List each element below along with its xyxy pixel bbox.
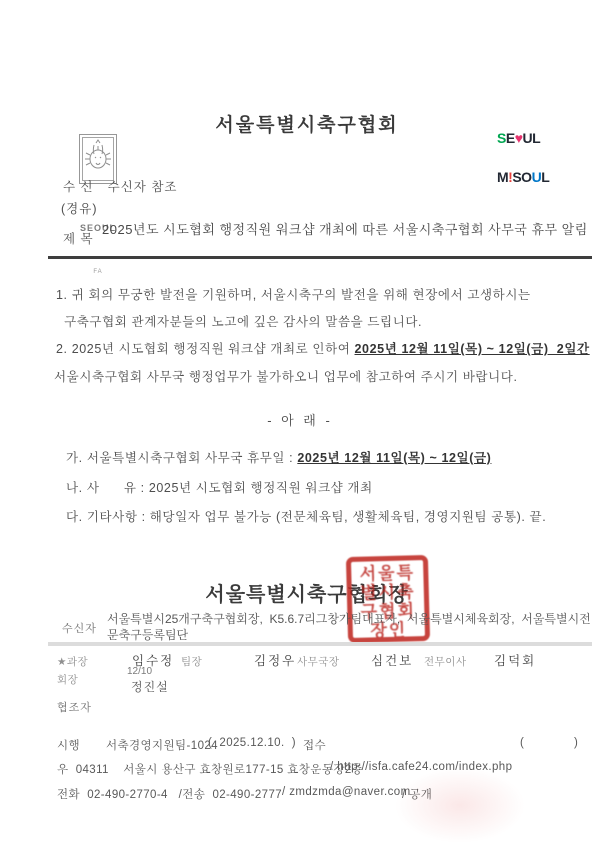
logo-letter-l: L (541, 169, 549, 185)
dispatch-doc-number: 서축경영지원팀-1024 (106, 737, 218, 753)
header-divider-rule (48, 256, 592, 259)
chairman-approval-name: 정진설 (131, 678, 169, 695)
emblem-subtitle: FA (70, 269, 126, 275)
official-document-page: SEOUL FA 서울특별시축구협회 SE♥UL M!SOUL 수 신수신자 참… (0, 0, 600, 849)
dispatch-date: ( 2025.12.10. ) (208, 737, 296, 749)
list-item-na: 나. 사 유 : 2025년 시도협회 행정직원 워크샵 개최 (66, 478, 373, 496)
list-item-da: 다. 기타사항 : 해당일자 업무 불가능 (전문체육팀, 생활체육팀, 경영지… (66, 507, 546, 525)
body-paragraph2-line1: 2. 2025년 시도협회 행정직원 워크샵 개최로 인하여 2025년 12월… (56, 339, 590, 357)
body-paragraph1-line2: 구축구협회 관계자분들의 노고에 깊은 감사의 말씀을 드립니다. (60, 312, 422, 330)
chairman-role-label: 회장 (57, 672, 78, 687)
below-marker: - 아 래 - (0, 410, 600, 429)
recipient-line: 수 신수신자 참조 (63, 177, 177, 195)
seoul-my-soul-logo: SE♥UL M!SOUL (497, 106, 549, 210)
email-address: / zmdzmda@naver.com (282, 786, 411, 798)
phone-fax-line: 전화 02-490-2770-4 /전송 02-490-2777 (57, 786, 282, 802)
approval-role-executive-director: 전무이사 (424, 654, 467, 669)
approval-name-executive-director: 김덕회 (494, 651, 536, 669)
logo-letter-m: M (497, 169, 508, 185)
via-line: (경유) (61, 199, 97, 217)
cooperator-label: 협조자 (57, 699, 92, 715)
footer-divider-band (48, 642, 592, 646)
recipients-label: 수신자 (62, 620, 97, 636)
item-ga-prefix: 가. 서울특별시축구협회 사무국 휴무일 : (66, 451, 297, 465)
logo-letters-ul: UL (523, 130, 541, 146)
subject-label: 제 목 (63, 229, 94, 247)
dispatch-label: 시행 (57, 737, 80, 753)
receipt-paren-close: ) (574, 737, 578, 749)
item-ga-dates-underlined: 2025년 12월 11일(목) ~ 12일(금) (297, 451, 491, 465)
receipt-label: 접수 (303, 737, 326, 753)
recipients-value: 서울특별시25개구축구협회장, K5.6.7리그창가팀대표자, 서울특별시체육회… (107, 612, 591, 643)
approval-role-drafter: ★과장 (57, 654, 88, 669)
approval-name-secretary-general: 심건보 (371, 651, 413, 669)
chairman-approval-date: 12/10 (127, 666, 152, 677)
logo-letters-so: SO (512, 169, 531, 185)
heart-icon: ♥ (515, 130, 523, 146)
logo-letter-e: E (506, 130, 515, 146)
approval-role-secretary-general: 사무국장 (297, 654, 340, 669)
recipient-value: 수신자 참조 (108, 180, 178, 194)
approval-role-team-leader: 팀장 (181, 654, 202, 669)
receipt-paren-open: ( (520, 737, 524, 749)
recipient-label: 수 신 (63, 180, 94, 194)
holiday-dates-underlined: 2025년 12월 11일(목) ~ 12일(금) 2일간 (355, 342, 590, 356)
approval-name-team-leader: 김정우 (254, 651, 296, 669)
body-paragraph1-line1: 1. 귀 회의 무궁한 발전을 기원하며, 서울시축구의 발전을 위해 현장에서… (56, 285, 531, 303)
paragraph2-prefix: 2. 2025년 시도협회 행정직원 워크샵 개최로 인하여 (56, 342, 355, 356)
smile-u-icon: U (532, 169, 542, 185)
soul-logo-line2: M!SOUL (497, 171, 549, 184)
list-item-ga: 가. 서울특별시축구협회 사무국 휴무일 : 2025년 12월 11일(목) … (66, 448, 491, 466)
body-paragraph2-line2: 서울시축구협회 사무국 행정업무가 불가하오니 업무에 참고하여 주시기 바랍니… (54, 367, 518, 385)
subject-text: 2025년도 시도협회 행정직원 워크샵 개최에 따른 서울시축구협회 사무국 … (102, 219, 596, 241)
postal-address: 우 04311 서울시 용산구 효창원로177-15 효창운동장2층 (57, 761, 363, 777)
chairman-signature-title: 서울특별시축구협회장 (0, 578, 600, 607)
logo-letter-s: S (497, 130, 506, 146)
soul-logo-line1: SE♥UL (497, 132, 549, 145)
stamp-bleed-mark (395, 768, 525, 843)
